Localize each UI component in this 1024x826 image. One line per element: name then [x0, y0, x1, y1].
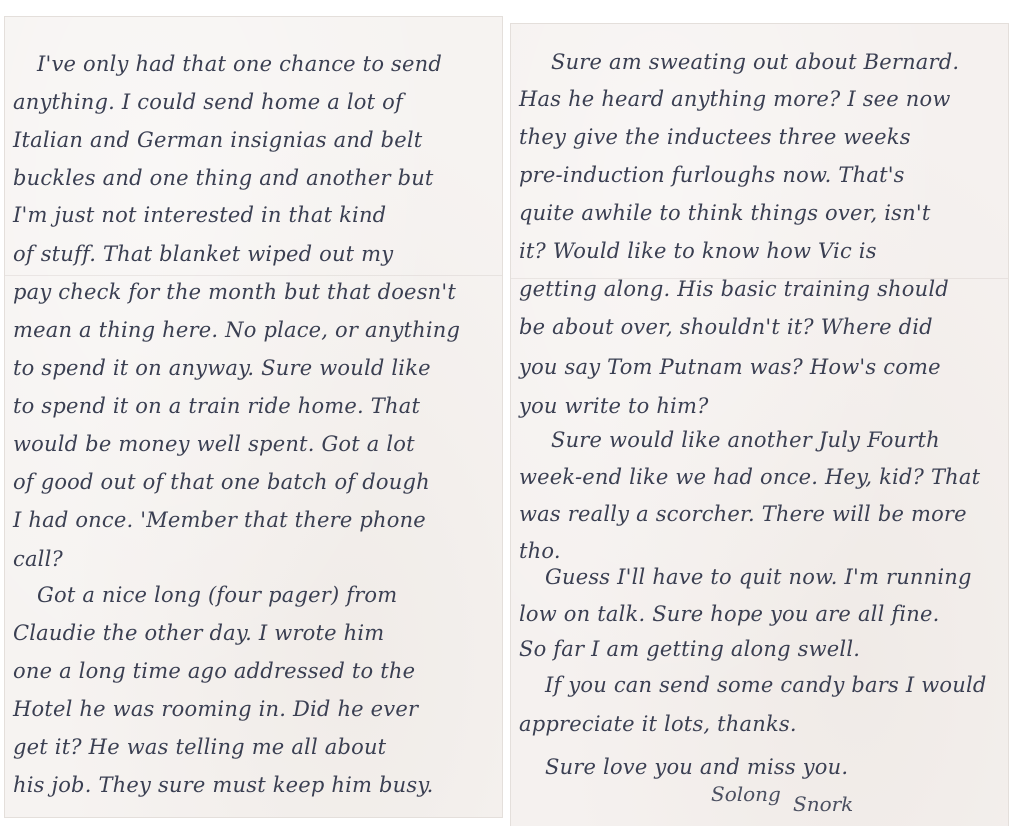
letter-line: I've only had that one chance to send [37, 52, 442, 76]
letter-line: they give the inductees three weeks [519, 125, 911, 149]
letter-line: Guess I'll have to quit now. I'm running [545, 565, 972, 589]
letter-line: Sure am sweating out about Bernard. [551, 50, 959, 74]
letter-line: you say Tom Putnam was? How's come [519, 355, 941, 379]
letter-line: anything. I could send home a lot of [13, 90, 403, 114]
letter-line: Sure would like another July Fourth [551, 428, 940, 452]
letter-line: Got a nice long (four pager) from [37, 583, 397, 607]
letter-line: Claudie the other day. I wrote him [13, 621, 384, 645]
letter-line: his job. They sure must keep him busy. [13, 773, 434, 797]
letter-line: be about over, shouldn't it? Where did [519, 315, 933, 339]
paper-fold-line [5, 275, 502, 276]
letter-line: to spend it on a train ride home. That [13, 394, 420, 418]
letter-line: would be money well spent. Got a lot [13, 432, 415, 456]
letter-line: get it? He was telling me all about [13, 735, 386, 759]
letter-line: you write to him? [519, 394, 709, 418]
letter-line: tho. [519, 539, 561, 563]
letter-line: Has he heard anything more? I see now [519, 87, 951, 111]
letter-line: of stuff. That blanket wiped out my [13, 242, 393, 266]
letter-line: it? Would like to know how Vic is [519, 239, 877, 263]
letter-line: call? [13, 547, 63, 571]
letter-line: Sure love you and miss you. [545, 755, 848, 779]
letter-line: buckles and one thing and another but [13, 166, 434, 190]
letter-line: pay check for the month but that doesn't [13, 280, 456, 304]
letter-line: If you can send some candy bars I would [545, 673, 987, 697]
letter-line: of good out of that one batch of dough [13, 470, 430, 494]
letter-line: So far I am getting along swell. [519, 637, 860, 661]
letter-line: pre-induction furloughs now. That's [519, 163, 905, 187]
letter-line: week-end like we had once. Hey, kid? Tha… [519, 465, 980, 489]
letter-line: quite awhile to think things over, isn't [519, 201, 931, 225]
letter-closing: Solong [711, 782, 781, 806]
letter-page-right: Sure am sweating out about Bernard. Has … [511, 24, 1008, 826]
letter-line: Hotel he was rooming in. Did he ever [13, 697, 418, 721]
letter-signature: Snork [793, 792, 853, 816]
letter-line: I had once. 'Member that there phone [13, 508, 426, 532]
letter-line: appreciate it lots, thanks. [519, 712, 797, 736]
letter-line: one a long time ago addressed to the [13, 659, 415, 683]
letter-line: low on talk. Sure hope you are all fine. [519, 602, 939, 626]
letter-line: I'm just not interested in that kind [13, 203, 386, 227]
letter-line: Italian and German insignias and belt [13, 128, 422, 152]
letter-line: getting along. His basic training should [519, 277, 949, 301]
letter-line: to spend it on anyway. Sure would like [13, 356, 431, 380]
letter-line: mean a thing here. No place, or anything [13, 318, 460, 342]
letter-page-left: 9 I've only had that one chance to send … [5, 17, 502, 817]
letter-line: was really a scorcher. There will be mor… [519, 502, 967, 526]
letter-spread: 9 I've only had that one chance to send … [0, 0, 1024, 826]
